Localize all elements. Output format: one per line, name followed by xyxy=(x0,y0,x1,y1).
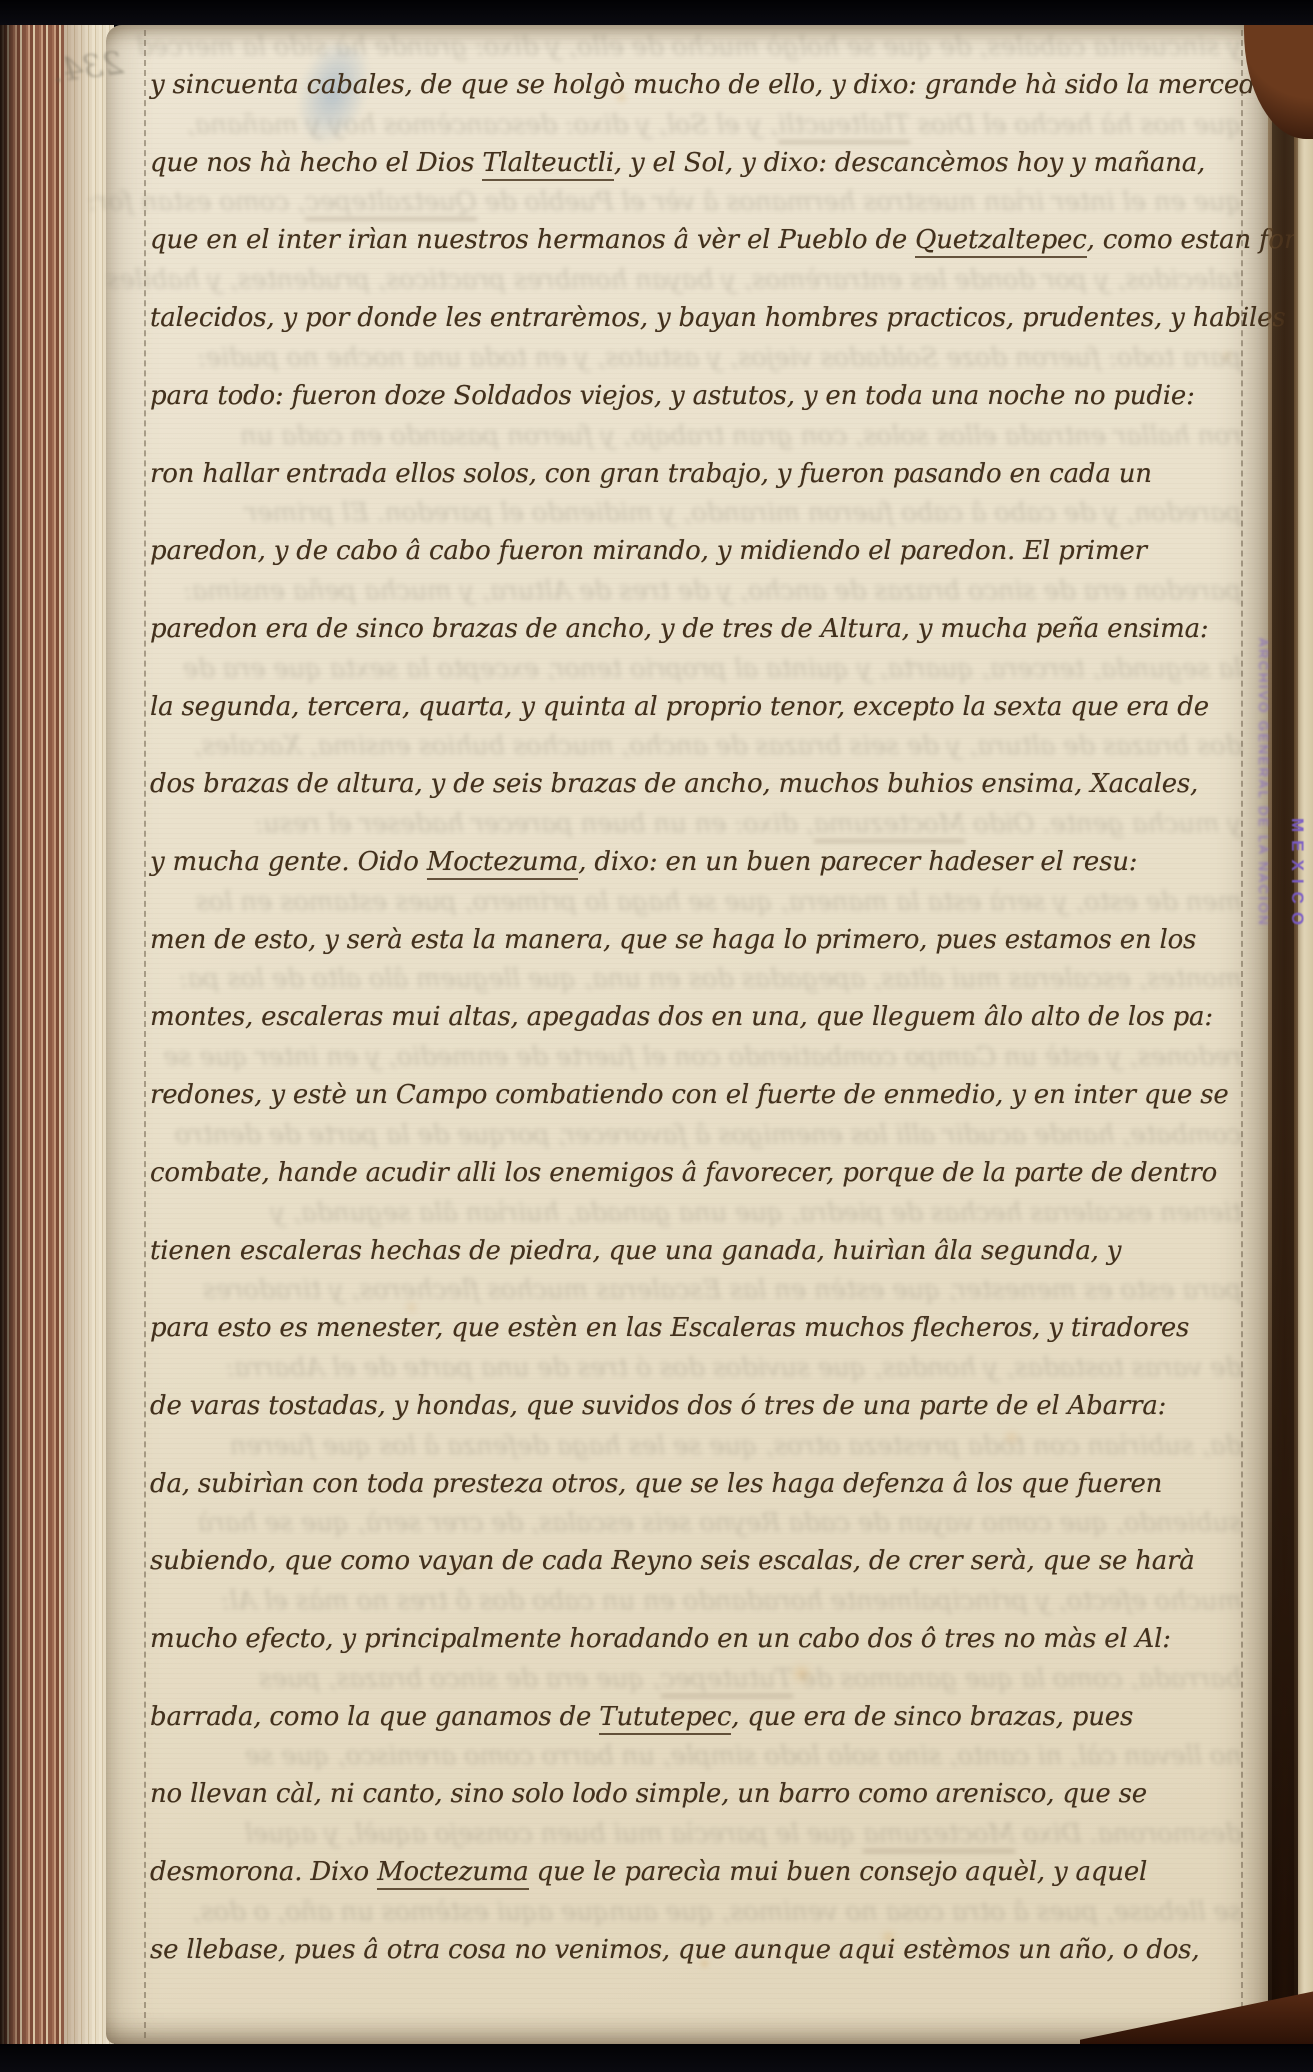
text-segment: redones, y estè un Campo combatiendo con… xyxy=(150,1080,1229,1110)
text-segment: combate, hande acudir alli los enemigos … xyxy=(150,1158,1217,1188)
text-segment: de varas tostadas, y hondas, que suvidos… xyxy=(150,1391,1166,1421)
text-segment: tienen escaleras hechas de piedra, que u… xyxy=(150,1236,1121,1266)
text-segment: mucho efecto, y principalmente horadando… xyxy=(150,1624,1171,1654)
text-line: que en el inter irìan nuestros hermanos … xyxy=(150,201,1305,279)
photo-background-top xyxy=(0,0,1313,25)
text-line: dos brazas de altura, y de seis brazas d… xyxy=(150,745,1198,823)
text-segment: desmorona. Dixo xyxy=(150,1857,377,1887)
text-line: men de esto, y serà esta la manera, que … xyxy=(150,901,1196,979)
text-line: paredon, y de cabo â cabo fueron mirando… xyxy=(150,512,1147,590)
archive-stamp-place-text: MEXICO xyxy=(1287,818,1307,933)
underlined-word: Moctezuma xyxy=(427,847,578,880)
text-line: redones, y estè un Campo combatiendo con… xyxy=(150,1056,1229,1134)
text-line: y mucha gente. Oido Moctezuma, dixo: en … xyxy=(150,823,1137,901)
text-segment: subiendo, que como vayan de cada Reyno s… xyxy=(150,1546,1195,1576)
text-segment: , que era de sinco brazas, pues xyxy=(731,1702,1133,1732)
text-line: montes, escaleras mui altas, apegadas do… xyxy=(150,978,1213,1056)
text-segment: barrada, como la que ganamos de xyxy=(150,1702,599,1732)
text-line: barrada, como la que ganamos de Tututepe… xyxy=(150,1678,1133,1756)
text-segment: talecidos, y por donde les entrarèmos, y… xyxy=(150,303,1286,333)
text-line: tienen escaleras hechas de piedra, que u… xyxy=(150,1212,1121,1290)
underlined-word: Tututepec xyxy=(599,1702,731,1735)
foxing-spots xyxy=(106,25,107,26)
text-segment: y mucha gente. Oido xyxy=(150,847,427,877)
text-segment: para esto es menester, que estèn en las … xyxy=(150,1313,1189,1343)
text-line: da, subirìan con toda presteza otros, qu… xyxy=(150,1445,1162,1523)
text-line: desmorona. Dixo Moctezuma que le parecìa… xyxy=(150,1833,1147,1911)
text-line: ron hallar entrada ellos solos, con gran… xyxy=(150,435,1152,513)
text-segment: montes, escaleras mui altas, apegadas do… xyxy=(150,1002,1213,1032)
text-segment: para todo: fueron doze Soldados viejos, … xyxy=(150,381,1195,411)
text-line: la segunda, tercera, quarta, y quinta al… xyxy=(150,668,1209,746)
underlined-word: Tlalteuctli xyxy=(482,148,614,181)
text-line: para todo: fueron doze Soldados viejos, … xyxy=(150,357,1195,435)
underlined-word: Quetzaltepec xyxy=(915,225,1086,258)
text-segment: da, subirìan con toda presteza otros, qu… xyxy=(150,1469,1162,1499)
text-segment: , dixo: en un buen parecer hadeser el re… xyxy=(578,847,1137,877)
gutter-fold xyxy=(1268,25,1298,2044)
book-fore-edge xyxy=(0,0,70,2072)
photo-background-bottom xyxy=(0,2044,1313,2072)
text-line: que nos hà hecho el Dios Tlalteuctli, y … xyxy=(150,124,1205,202)
text-segment: paredon era de sinco brazas de ancho, y … xyxy=(150,614,1208,644)
text-line: de varas tostadas, y hondas, que suvidos… xyxy=(150,1367,1166,1445)
text-segment: la segunda, tercera, quarta, y quinta al… xyxy=(150,692,1209,722)
text-line: para esto es menester, que estèn en las … xyxy=(150,1289,1189,1367)
text-segment: , y el Sol, y dixo: descancèmos hoy y ma… xyxy=(614,148,1205,178)
handwritten-text: y sincuenta cabales, de que se holgò muc… xyxy=(150,46,1242,2012)
text-line: paredon era de sinco brazas de ancho, y … xyxy=(150,590,1208,668)
text-segment: que le parecìa mui buen consejo aquèl, y… xyxy=(529,1857,1148,1887)
text-segment: paredon, y de cabo â cabo fueron mirando… xyxy=(150,536,1147,566)
text-line: se llebase, pues â otra cosa no venimos,… xyxy=(150,1911,1199,1989)
archive-stamp-text: ARCHIVO GENERAL DE LA NACION xyxy=(1256,638,1271,927)
manuscript-photo: 234. y sincuenta cabales, de que se holg… xyxy=(0,0,1313,2072)
archive-stamp: ARCHIVO GENERAL DE LA NACION xyxy=(1271,638,1313,653)
text-segment: ron hallar entrada ellos solos, con gran… xyxy=(150,459,1152,489)
text-line: talecidos, y por donde les entrarèmos, y… xyxy=(150,279,1286,357)
text-segment: men de esto, y serà esta la manera, que … xyxy=(150,925,1196,955)
margin-rule-left xyxy=(144,30,146,2038)
text-segment: no llevan càl, ni canto, sino solo lodo … xyxy=(150,1779,1147,1809)
text-line: subiendo, que como vayan de cada Reyno s… xyxy=(150,1522,1195,1600)
text-segment: dos brazas de altura, y de seis brazas d… xyxy=(150,769,1198,799)
text-line: y sincuenta cabales, de que se holgò muc… xyxy=(150,46,1255,124)
text-line: no llevan càl, ni canto, sino solo lodo … xyxy=(150,1755,1147,1833)
text-segment: que en el inter irìan nuestros hermanos … xyxy=(150,225,915,255)
underlined-word: Moctezuma xyxy=(377,1857,528,1890)
text-line: combate, hande acudir alli los enemigos … xyxy=(150,1134,1217,1212)
text-segment: se llebase, pues â otra cosa no venimos,… xyxy=(150,1935,1199,1965)
text-segment: que nos hà hecho el Dios xyxy=(150,148,482,178)
text-segment: y sincuenta cabales, de que se holgò muc… xyxy=(150,70,1255,100)
text-line: mucho efecto, y principalmente horadando… xyxy=(150,1600,1171,1678)
archive-stamp-mexico: MEXICO xyxy=(1307,818,1313,838)
